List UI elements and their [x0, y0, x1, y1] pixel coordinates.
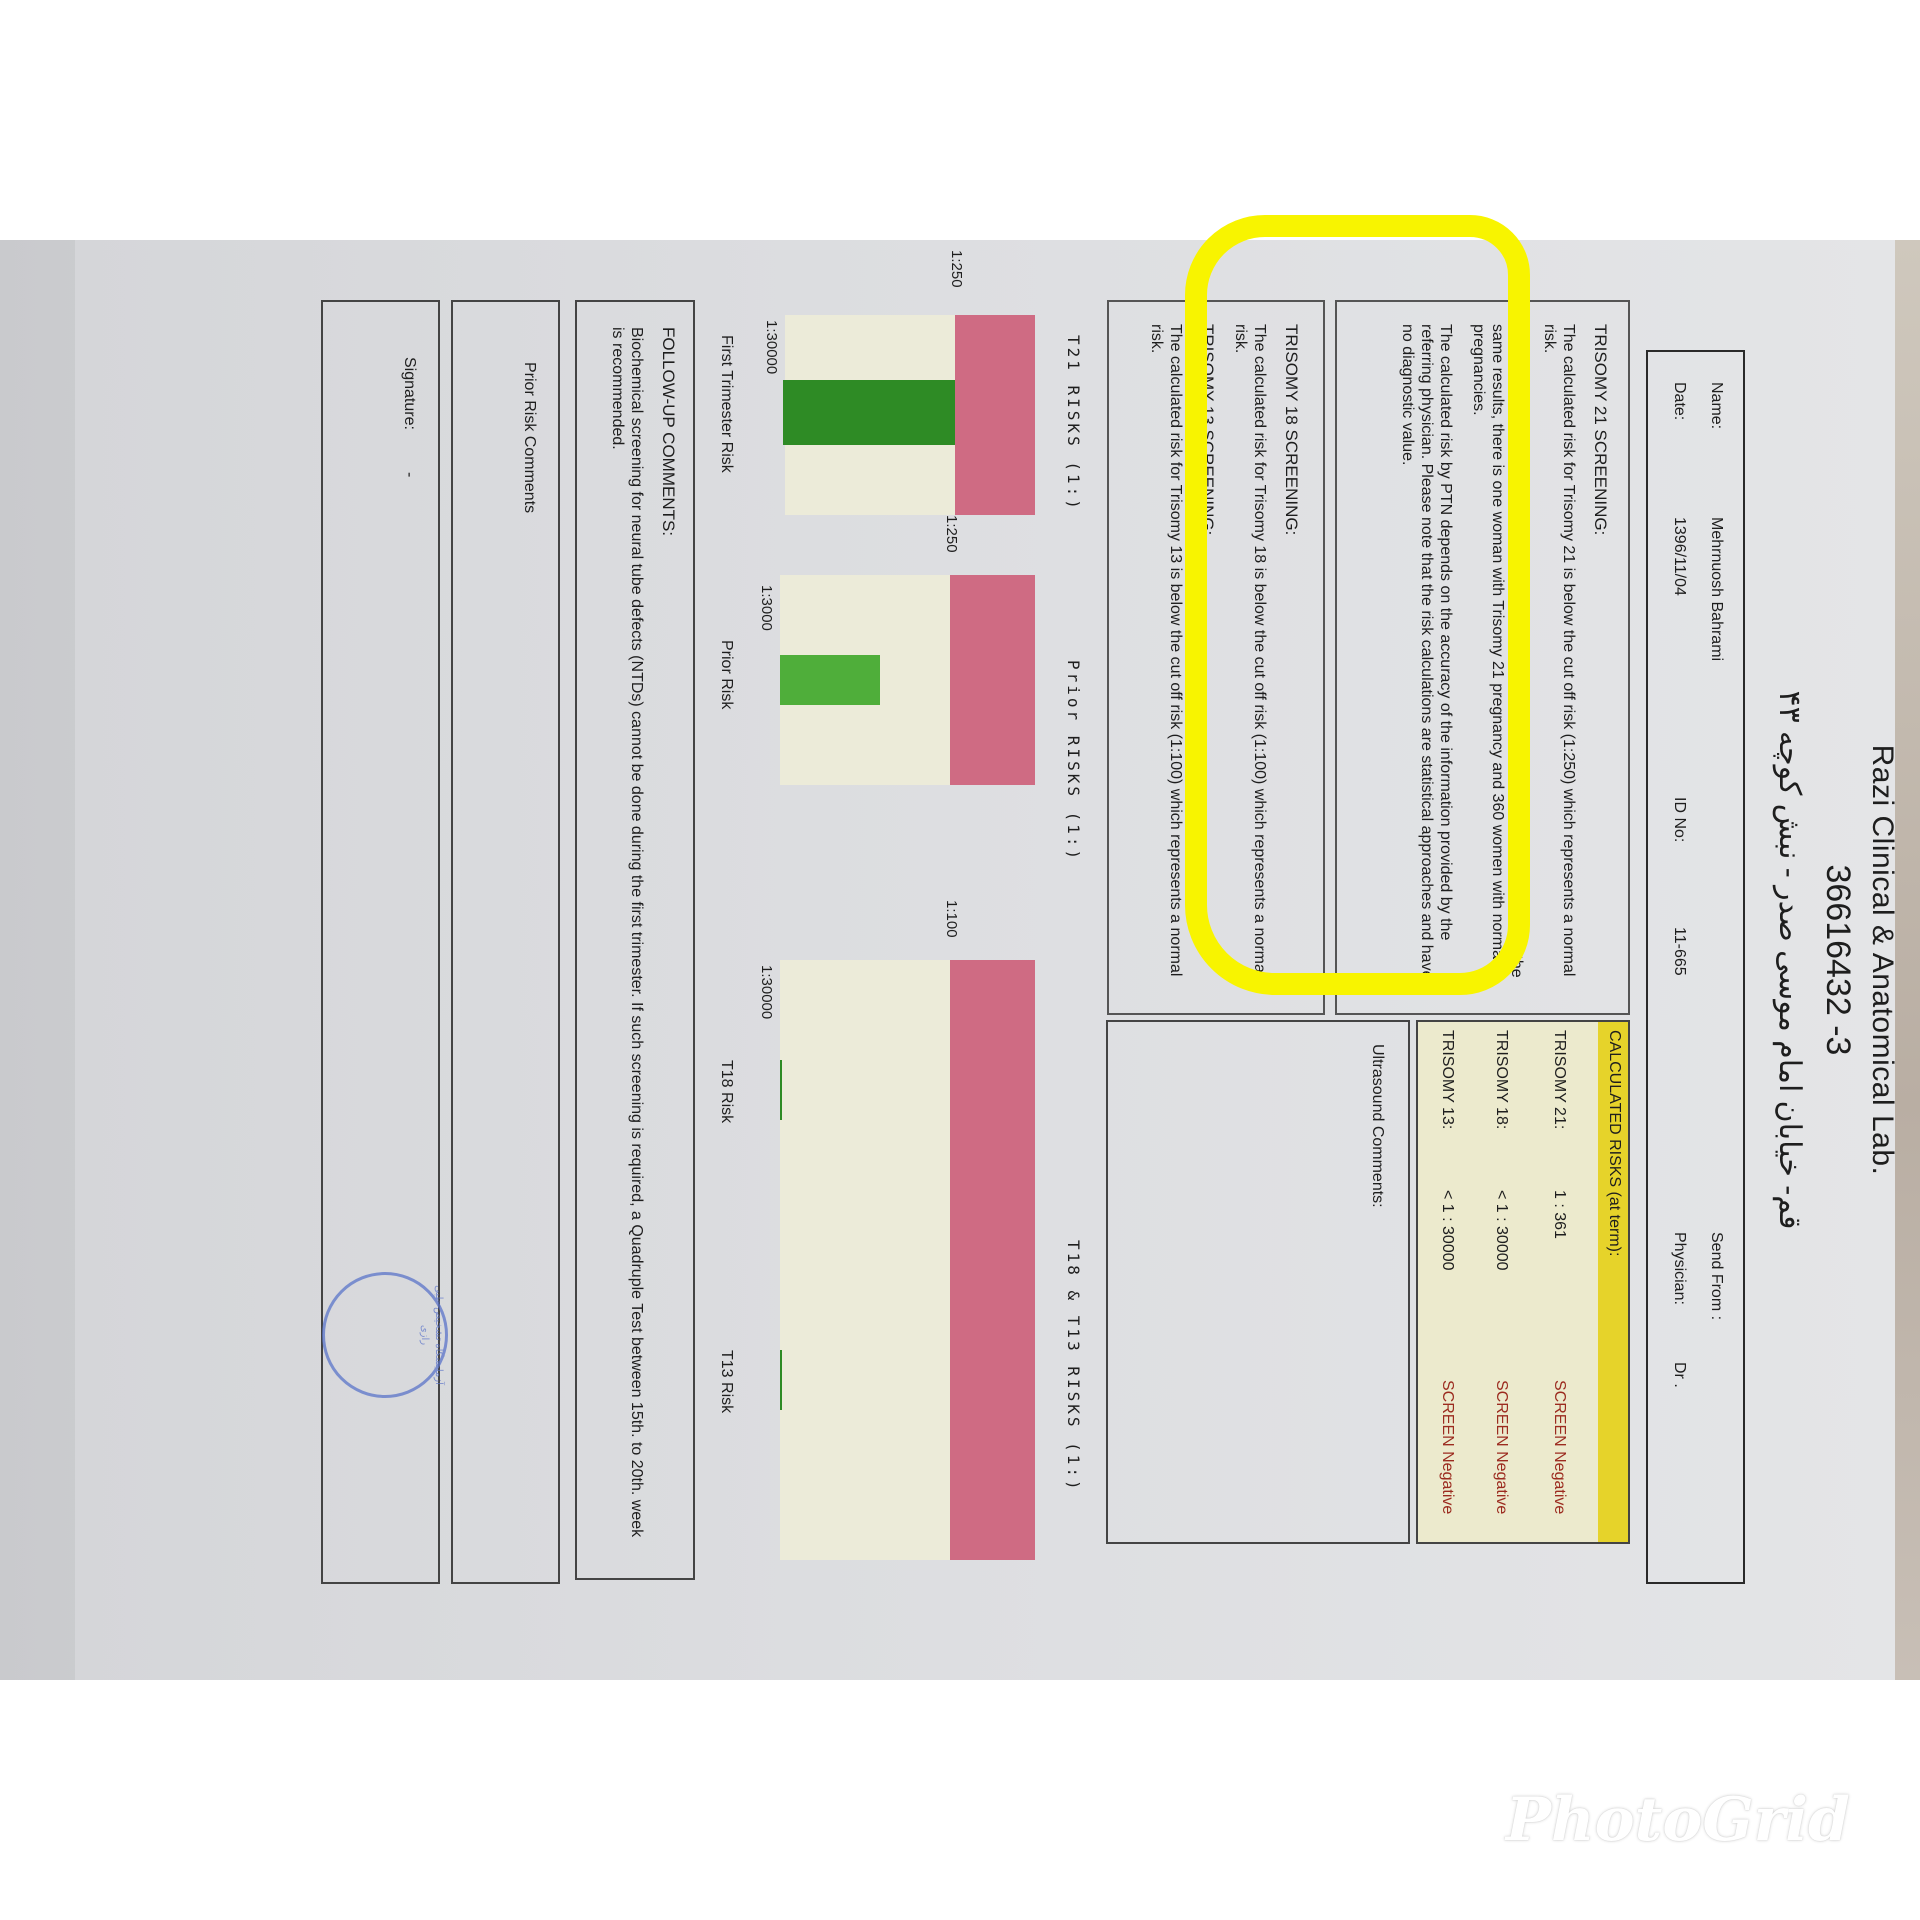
report-date: 1396/11/04: [1670, 517, 1688, 596]
yellow-highlight-annotation: [1185, 215, 1530, 995]
send-from-label: Send From :: [1707, 1232, 1725, 1320]
lab-address: قم- خیابان امام موسی صدر - نبش کوچه ۴۳: [1772, 240, 1807, 1680]
risk-row-t13: TRISOMY 13: < 1 : 30000 SCREEN Negative: [1438, 1030, 1456, 1129]
result-badge: SCREEN Negative: [1550, 1380, 1568, 1514]
id-label: ID No:: [1670, 797, 1688, 842]
signature-label: Signature:: [400, 357, 418, 430]
prior-risk-comments-box: Prior Risk Comments: [451, 300, 560, 1584]
photogrid-watermark: PhotoGrid: [1506, 1785, 1850, 1855]
patient-name: Mehrnuosh Bahrami: [1707, 517, 1725, 661]
t18-t13-risk-chart: [780, 960, 1035, 1560]
result-badge: SCREEN Negative: [1438, 1380, 1456, 1514]
lab-stamp: آزمایشگاه تشخیص طبی رازی: [322, 1272, 448, 1398]
physician-label: Physician:: [1670, 1232, 1688, 1305]
prior-chart-title: Prior RISKS (1:): [1064, 660, 1083, 862]
t13-category-label: T13 Risk: [717, 1350, 735, 1413]
t21-title: TRISOMY 21 SCREENING:: [1590, 324, 1610, 991]
prior-risk-comments-label: Prior Risk Comments: [520, 362, 538, 513]
follow-up-box: FOLLOW-UP COMMENTS: Biochemical screenin…: [575, 300, 695, 1580]
t21-para1: The calculated risk for Trisomy 21 is be…: [1540, 324, 1578, 991]
patient-info-box: Name: Mehrnuosh Bahrami Date: 1396/11/04…: [1646, 350, 1745, 1584]
t21-category-label: First Trimester Risk: [717, 335, 735, 473]
prior-risk-chart: [780, 575, 1035, 785]
t18-t13-chart-title: T18 & T13 RISKS (1:): [1064, 1240, 1083, 1493]
signature-box: Signature: - آزمایشگاه تشخیص طبی رازی: [321, 300, 440, 1584]
id-number: 11-665: [1670, 927, 1688, 976]
name-label: Name:: [1707, 382, 1725, 429]
calculated-risks-title: CALCULATED RISKS (at term):: [1598, 1022, 1628, 1542]
t18-category-label: T18 Risk: [717, 1060, 735, 1123]
photo-region: Razi Clinical & Anatomical Lab. 36616432…: [0, 240, 1920, 1680]
signature-value: -: [400, 472, 418, 477]
t13-text: The calculated risk for Trisomy 13 is be…: [1147, 324, 1185, 991]
date-label: Date:: [1670, 382, 1688, 420]
t21-risk-chart: [785, 315, 1035, 515]
result-badge: SCREEN Negative: [1492, 1380, 1510, 1514]
lab-phone: 36616432 -3: [1818, 240, 1857, 1680]
risk-row-t18: TRISOMY 18: < 1 : 30000 SCREEN Negative: [1492, 1030, 1510, 1129]
t21-chart-title: T21 RISKS (1:): [1064, 335, 1083, 512]
prior-category-label: Prior Risk: [717, 640, 735, 709]
lab-name: Razi Clinical & Anatomical Lab.: [1865, 240, 1899, 1680]
risk-row-t21: TRISOMY 21: 1 : 361 SCREEN Negative: [1550, 1030, 1568, 1129]
calculated-risks-box: CALCULATED RISKS (at term): TRISOMY 21: …: [1416, 1020, 1630, 1544]
follow-up-title: FOLLOW-UP COMMENTS:: [658, 327, 678, 1553]
follow-up-text: Biochemical screening for neural tube de…: [608, 327, 646, 1553]
ultrasound-comments-box: Ultrasound Comments:: [1106, 1020, 1410, 1544]
ultrasound-label: Ultrasound Comments:: [1368, 1044, 1386, 1208]
lab-report-page: Razi Clinical & Anatomical Lab. 36616432…: [75, 240, 1895, 1680]
physician-name: Dr .: [1670, 1362, 1688, 1388]
